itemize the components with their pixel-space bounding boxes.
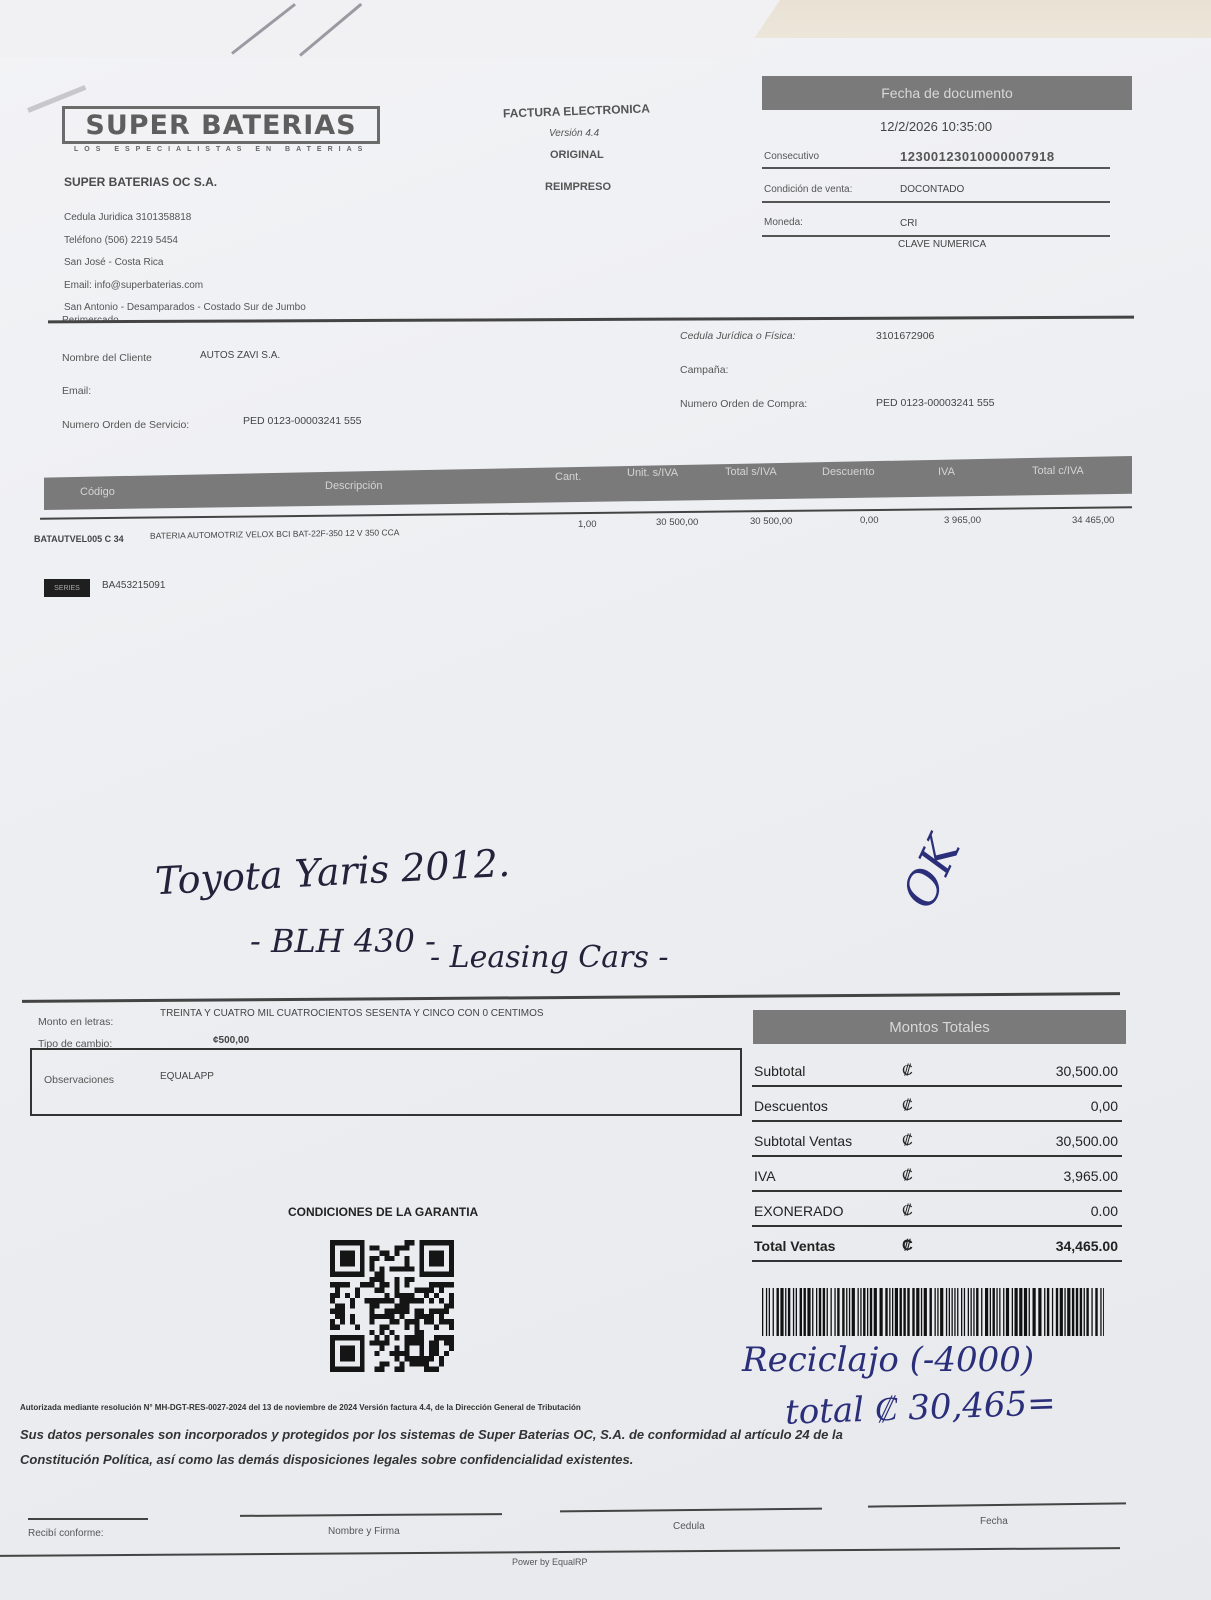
date-header: Fecha de documento <box>762 76 1132 110</box>
totals-label: Subtotal Ventas <box>754 1133 852 1149</box>
observations-value: EQUALAPP <box>160 1071 214 1082</box>
handwritten-company: - Leasing Cars - <box>430 940 669 975</box>
divider <box>762 201 1110 203</box>
doc-reprint: REIMPRESO <box>545 181 611 193</box>
totals-label: EXONERADO <box>754 1203 843 1219</box>
col-total-civa: Total c/IVA <box>1032 465 1084 477</box>
company-details: Cedula Juridica 3101358818 Teléfono (506… <box>64 207 306 320</box>
item-total-siva: 30 500,00 <box>750 516 792 527</box>
item-total-civa: 34 465,00 <box>1072 515 1114 526</box>
qr-code[interactable] <box>330 1240 454 1372</box>
observations-label: Observaciones <box>44 1074 114 1086</box>
handwritten-plate: - BLH 430 - <box>250 922 436 960</box>
totals-row-descuentos: Descuentos ₡ 0,00 <box>752 1086 1122 1122</box>
totals-value: 30,500.00 <box>1056 1063 1118 1079</box>
company-name: SUPER BATERIAS OC S.A. <box>64 175 217 189</box>
privacy-text-1: Sus datos personales son incorporados y … <box>20 1427 843 1442</box>
service-order-label: Numero Orden de Servicio: <box>62 419 189 431</box>
col-iva: IVA <box>938 466 955 478</box>
totals-row-total-ventas: Total Ventas ₡ 34,465.00 <box>752 1226 1122 1262</box>
colon-symbol: ₡ <box>902 1062 913 1079</box>
name-signature-label: Nombre y Firma <box>328 1526 400 1537</box>
client-email-label: Email: <box>62 385 91 397</box>
item-unit-price: 30 500,00 <box>656 517 698 528</box>
doc-date: 12/2/2026 10:35:00 <box>880 119 992 134</box>
divider <box>762 167 1110 169</box>
consecutivo-value: 12300123010000007918 <box>900 149 1055 164</box>
col-descuento: Descuento <box>822 466 875 478</box>
authorization-text: Autorizada mediante resolución N° MH-DGT… <box>20 1403 581 1412</box>
colon-symbol: ₡ <box>902 1132 913 1149</box>
barcode <box>762 1288 1104 1336</box>
divider <box>762 235 1110 237</box>
totals-label: IVA <box>754 1168 776 1184</box>
client-name-label: Nombre del Cliente <box>62 352 152 364</box>
colon-symbol: ₡ <box>902 1167 913 1184</box>
service-order-value: PED 0123-00003241 555 <box>243 415 362 427</box>
received-label: Recibí conforme: <box>28 1528 104 1539</box>
company-cedula: Cedula Juridica 3101358818 <box>64 207 306 230</box>
client-name: AUTOS ZAVI S.A. <box>200 350 280 361</box>
warranty-title: CONDICIONES DE LA GARANTIA <box>288 1205 478 1219</box>
doc-original: ORIGINAL <box>550 149 604 161</box>
totals-label: Descuentos <box>754 1098 828 1114</box>
amount-words-value: TREINTA Y CUATRO MIL CUATROCIENTOS SESEN… <box>160 1008 544 1019</box>
colon-symbol: ₡ <box>902 1097 913 1114</box>
campaign-label: Campaña: <box>680 364 728 376</box>
item-iva: 3 965,00 <box>944 515 981 526</box>
condicion-value: DOCONTADO <box>900 184 964 195</box>
signature-line <box>28 1518 148 1520</box>
folded-sheet-top <box>0 0 780 58</box>
purchase-order-value: PED 0123-00003241 555 <box>876 397 995 409</box>
series-badge: SERIES <box>44 579 90 597</box>
totals-label: Subtotal <box>754 1063 805 1079</box>
series-value: BA453215091 <box>102 580 165 591</box>
exchange-rate-value: ¢500,00 <box>213 1035 249 1046</box>
company-city: San José - Costa Rica <box>64 252 306 275</box>
item-discount: 0,00 <box>860 515 879 526</box>
totals-row-exonerado: EXONERADO ₡ 0.00 <box>752 1191 1122 1227</box>
company-logo: SUPER BATERIAS <box>62 106 380 144</box>
totals-value: 0,00 <box>1091 1098 1118 1114</box>
colon-symbol: ₡ <box>902 1202 913 1219</box>
observations-box: Observaciones EQUALAPP <box>30 1048 742 1116</box>
totals-header: Montos Totales <box>753 1010 1126 1044</box>
col-cant: Cant. <box>555 471 581 483</box>
item-code: BATAUTVEL005 C 34 <box>34 534 124 544</box>
logo-tagline: LOS ESPECIALISTAS EN BATERIAS <box>74 146 374 153</box>
moneda-value: CRI <box>900 218 917 229</box>
moneda-label: Moneda: <box>764 217 803 228</box>
col-descripcion: Descripción <box>325 480 382 492</box>
client-cedula: 3101672906 <box>876 330 934 342</box>
col-codigo: Código <box>80 486 115 498</box>
company-phone: Teléfono (506) 2219 5454 <box>64 230 306 253</box>
totals-value: 0.00 <box>1091 1203 1118 1219</box>
doc-version: Versión 4.4 <box>549 128 599 139</box>
totals-row-subtotal-ventas: Subtotal Ventas ₡ 30,500.00 <box>752 1121 1122 1157</box>
condicion-label: Condición de venta: <box>764 184 852 195</box>
totals-value: 34,465.00 <box>1056 1238 1118 1254</box>
totals-row-subtotal: Subtotal ₡ 30,500.00 <box>752 1051 1122 1087</box>
date-signature-label: Fecha <box>980 1516 1008 1527</box>
cedula-signature-label: Cedula <box>673 1521 705 1532</box>
totals-value: 3,965.00 <box>1064 1168 1119 1184</box>
totals-row-iva: IVA ₡ 3,965.00 <box>752 1156 1122 1192</box>
handwritten-recycle-note: Reciclajo (-4000) <box>742 1340 1034 1380</box>
colon-symbol: ₡ <box>902 1237 913 1254</box>
col-unit: Unit. s/IVA <box>627 467 678 479</box>
client-cedula-label: Cedula Jurídica o Física: <box>680 330 796 342</box>
consecutivo-label: Consecutivo <box>764 151 819 162</box>
clave-numerica-label: CLAVE NUMERICA <box>898 239 986 250</box>
logo-text: SUPER BATERIAS <box>85 110 356 141</box>
totals-value: 30,500.00 <box>1056 1133 1118 1149</box>
privacy-text-2: Constitución Política, así como las demá… <box>20 1452 633 1467</box>
company-email: Email: info@superbaterias.com <box>64 275 306 298</box>
col-total-siva: Total s/IVA <box>725 466 777 478</box>
amount-words-label: Monto en letras: <box>38 1016 113 1028</box>
totals-label: Total Ventas <box>754 1238 835 1254</box>
purchase-order-label: Numero Orden de Compra: <box>680 398 807 410</box>
powered-by: Power by EqualRP <box>512 1557 588 1567</box>
item-qty: 1,00 <box>578 519 597 530</box>
